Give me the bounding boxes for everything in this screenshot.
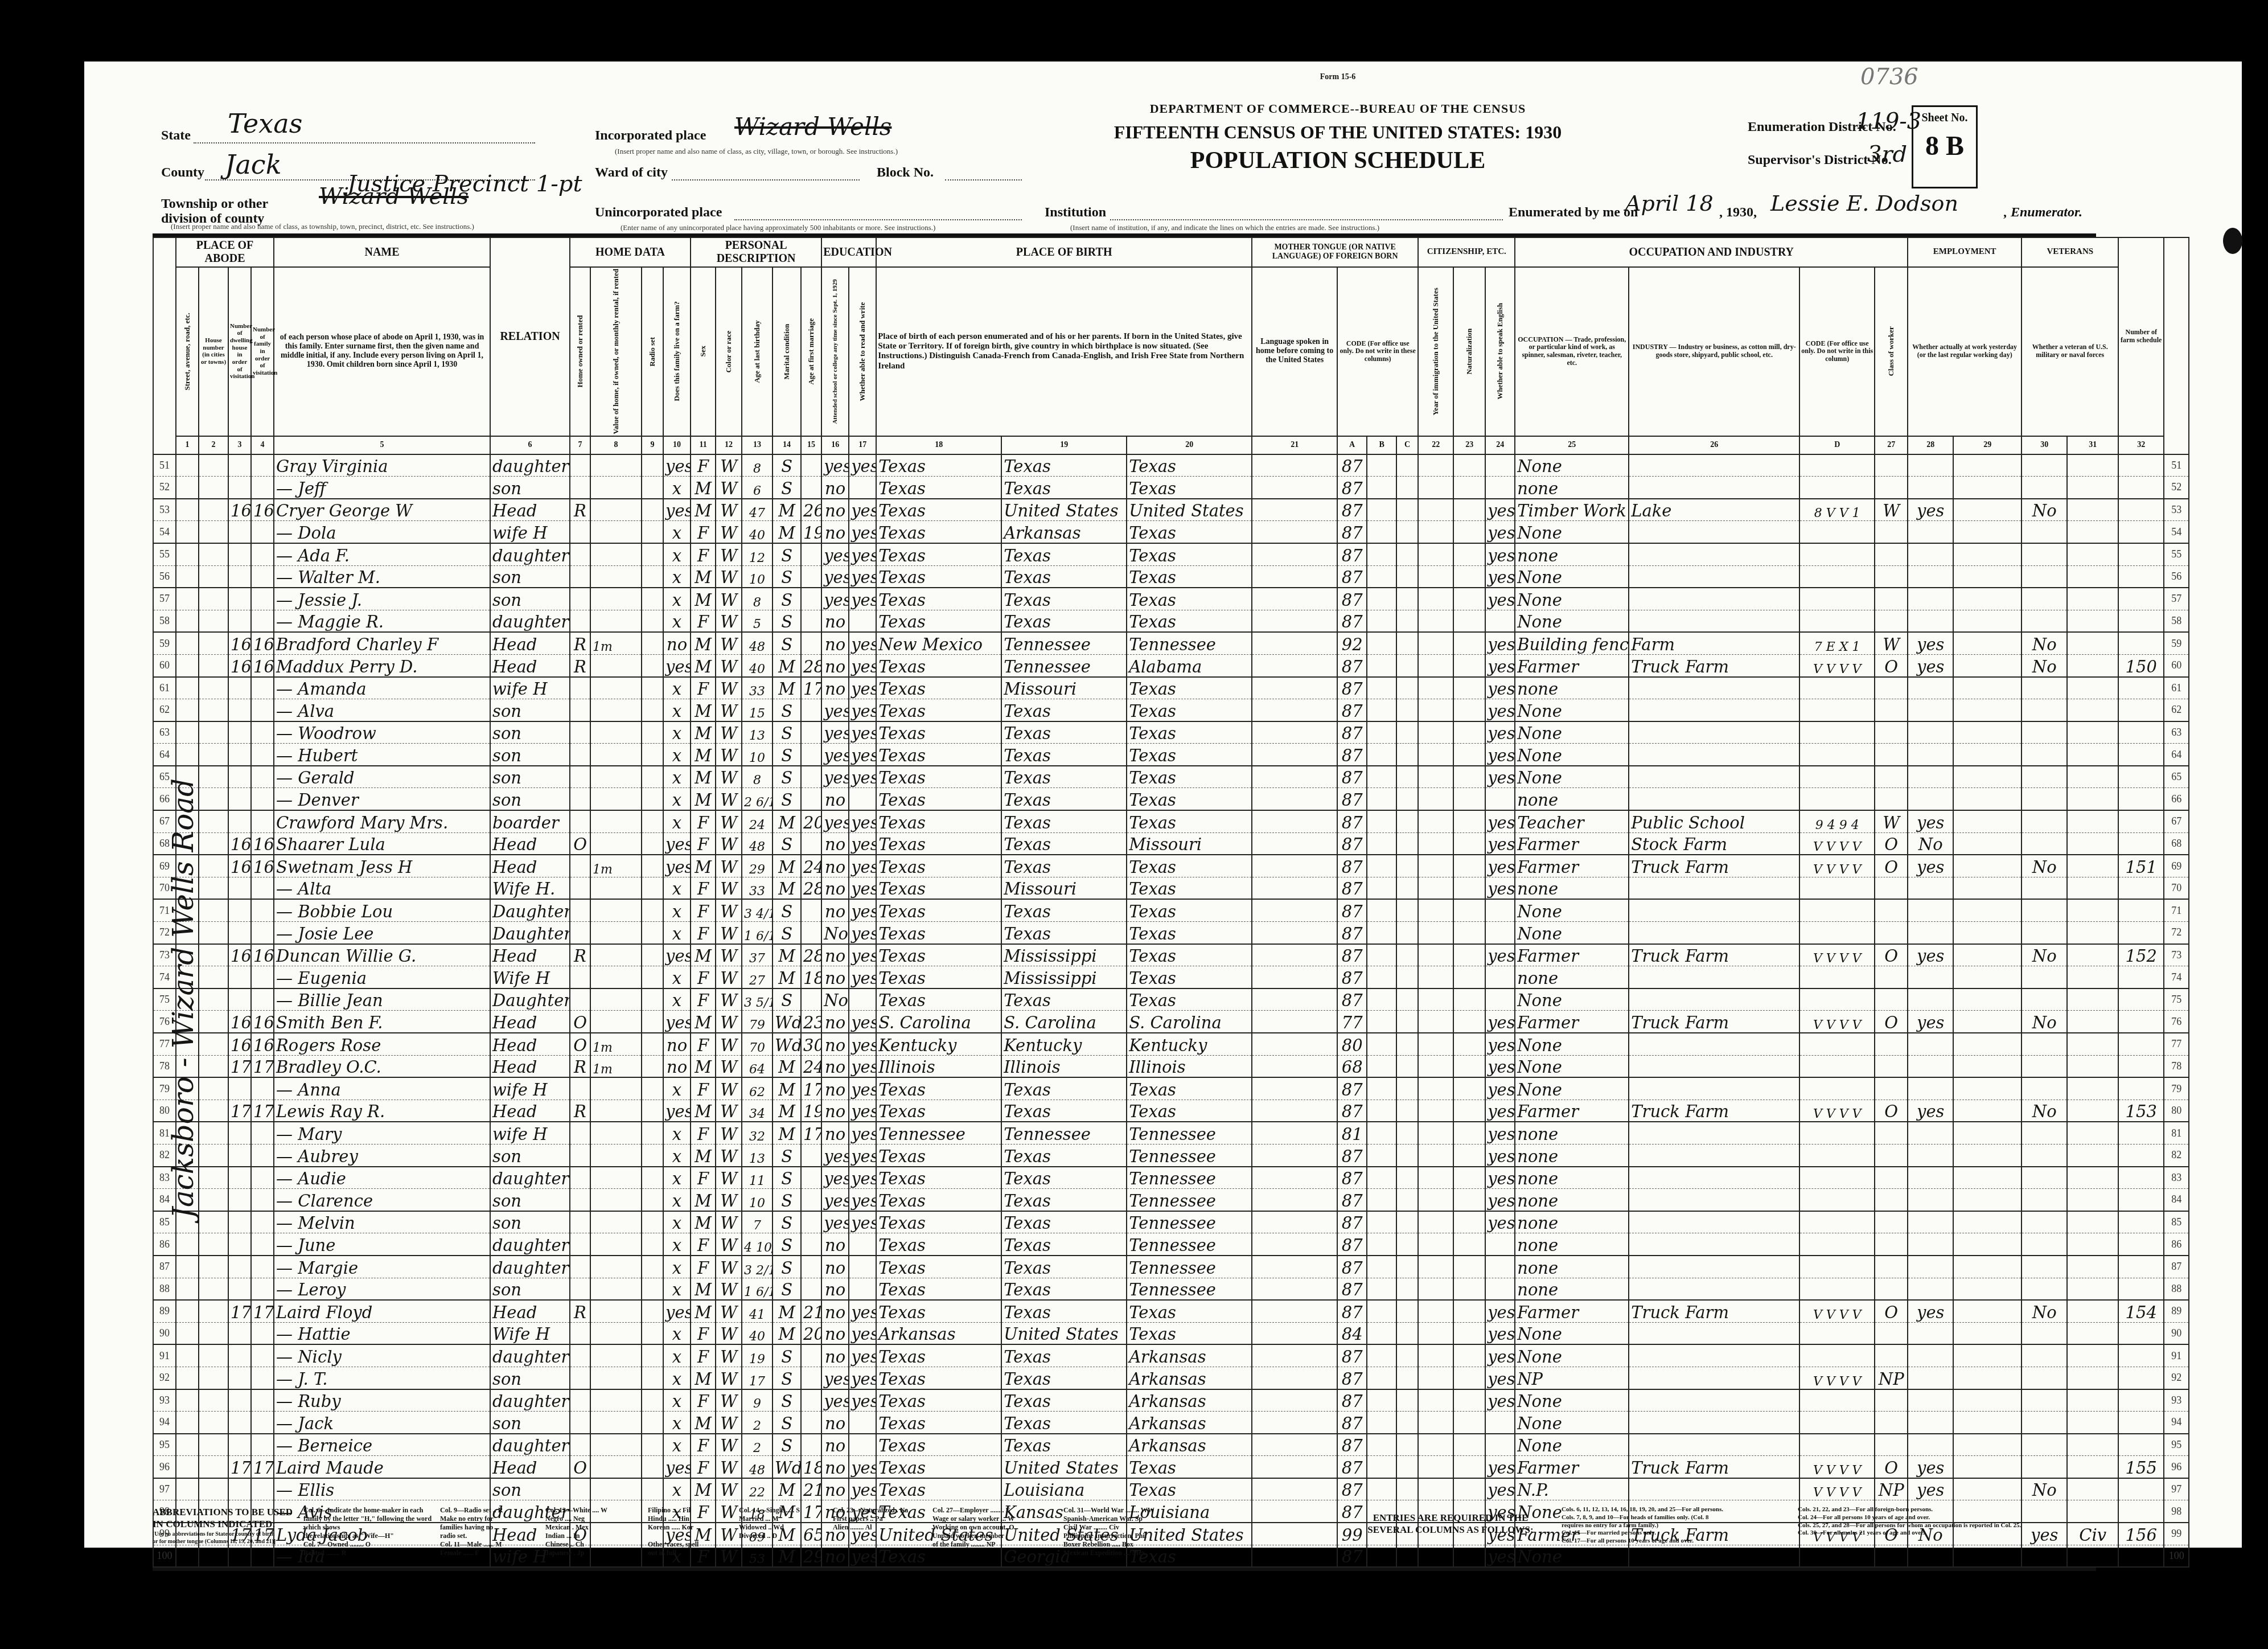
cell-ind <box>1629 543 1799 565</box>
cell-bpm: Texas <box>1127 1478 1252 1500</box>
cell-race: W <box>716 699 742 721</box>
cell-val <box>590 1300 642 1322</box>
cell-farmno <box>2118 766 2164 788</box>
cell-sch: no <box>821 1456 849 1478</box>
cell-ocode <box>1799 1344 1875 1367</box>
cell-sex: M <box>691 1412 716 1434</box>
cell-ocode <box>1799 588 1875 610</box>
cell-dw: 172 <box>228 1300 251 1322</box>
cell-rel: son <box>490 588 570 610</box>
cell-name: Laird Maude <box>274 1456 490 1478</box>
cell-eng: yes <box>1485 565 1515 588</box>
cell-fam <box>251 1233 274 1256</box>
cell-own <box>570 1122 590 1144</box>
line-number: 91 <box>2164 1344 2189 1367</box>
cell-own <box>570 1478 590 1500</box>
cell-ocode <box>1799 477 1875 499</box>
cell-code: 87 <box>1337 610 1367 632</box>
cell-war <box>2067 454 2118 477</box>
cell-name: Gray Virginia <box>274 454 490 477</box>
cell-mar: Wd <box>773 1033 801 1055</box>
cell-bp: Texas <box>876 966 1001 988</box>
cell-name: Duncan Willie G. <box>274 944 490 966</box>
empty-cell <box>1953 721 2022 744</box>
cell-occ: Farmer <box>1515 654 1629 676</box>
empty-cell <box>1418 1322 1453 1344</box>
abbrev-col12b: Filipino ..... Fil Hindu ..... Hin Korea… <box>648 1506 728 1557</box>
empty-cell <box>199 1322 228 1344</box>
cell-sch: no <box>821 1412 849 1434</box>
empty-cell <box>199 1189 228 1211</box>
cell-cls <box>1875 1545 1908 1567</box>
cell-farm: x <box>663 1189 691 1211</box>
cell-farmno <box>2118 699 2164 721</box>
cell-age: 62 <box>742 1077 773 1100</box>
empty-cell <box>199 1300 228 1322</box>
cell-agem <box>801 721 821 744</box>
cell-radio <box>642 1434 663 1456</box>
colnum: 4 <box>251 436 274 454</box>
empty-cell <box>1252 1434 1337 1456</box>
cell-eng: yes <box>1485 1322 1515 1344</box>
empty-cell <box>1953 899 2022 921</box>
cell-ind: Lake <box>1629 499 1799 521</box>
line-number: 66 <box>2164 788 2189 810</box>
cell-rel: daughter <box>490 1167 570 1189</box>
cell-age: 8 <box>742 588 773 610</box>
cell-cls: O <box>1875 1011 1908 1033</box>
cell-rel: son <box>490 699 570 721</box>
table-row: 54— Dolawife HxFW40M19noyesTexasArkansas… <box>153 521 2189 543</box>
cell-mar: M <box>773 1077 801 1100</box>
cell-fam: 167 <box>251 944 274 966</box>
cell-ind <box>1629 721 1799 744</box>
cell-vet <box>2022 477 2067 499</box>
cell-mar: S <box>773 1278 801 1300</box>
cell-code: 80 <box>1337 1033 1367 1055</box>
cell-ocode <box>1799 565 1875 588</box>
line-number: 68 <box>2164 832 2189 855</box>
cell-emp <box>1908 988 1953 1011</box>
sheet-label: Sheet No. <box>1913 112 1976 125</box>
cell-rw: yes <box>849 543 876 565</box>
cell-mar: S <box>773 454 801 477</box>
empty-cell <box>1418 1478 1453 1500</box>
cell-vet <box>2022 1189 2067 1211</box>
cell-ind <box>1629 1233 1799 1256</box>
cell-bpf: Texas <box>1001 899 1127 921</box>
cell-rel: son <box>490 1189 570 1211</box>
empty-cell <box>1252 744 1337 766</box>
cell-sch: no <box>821 1545 849 1567</box>
cell-rel: son <box>490 744 570 766</box>
cell-radio <box>642 1367 663 1389</box>
colnum: 10 <box>663 436 691 454</box>
cell-ind <box>1629 766 1799 788</box>
empty-cell <box>1418 632 1453 654</box>
enumerator-name: Lessie E. Dodson <box>1770 191 1958 216</box>
cell-eng <box>1485 788 1515 810</box>
cell-occ: None <box>1515 1412 1629 1434</box>
cell-dw <box>228 1545 251 1567</box>
cell-val <box>590 922 642 944</box>
cell-ind <box>1629 1322 1799 1344</box>
cell-eng: yes <box>1485 1367 1515 1389</box>
cell-cls <box>1875 877 1908 899</box>
cell-race: W <box>716 565 742 588</box>
cell-radio <box>642 654 663 676</box>
cell-vet <box>2022 1233 2067 1256</box>
colnum: B <box>1367 436 1396 454</box>
empty-cell <box>1453 588 1485 610</box>
empty-cell <box>1367 521 1396 543</box>
cell-code: 68 <box>1337 1055 1367 1077</box>
cell-sch: yes <box>821 1144 849 1166</box>
empty-cell <box>199 1100 228 1122</box>
line-number: 88 <box>2164 1278 2189 1300</box>
empty-cell <box>1953 1367 2022 1389</box>
empty-cell <box>176 1412 199 1434</box>
empty-cell <box>176 1478 199 1500</box>
cell-mar: S <box>773 922 801 944</box>
cell-bpf: Texas <box>1001 1189 1127 1211</box>
cell-radio <box>642 1189 663 1211</box>
cell-rel: Daughter <box>490 922 570 944</box>
empty-cell <box>176 1545 199 1567</box>
empty-cell <box>1252 944 1337 966</box>
cell-occ: Farmer <box>1515 1300 1629 1322</box>
cell-farmno <box>2118 721 2164 744</box>
empty-cell <box>199 966 228 988</box>
cell-emp <box>1908 588 1953 610</box>
cell-sex: F <box>691 1456 716 1478</box>
cell-war <box>2067 877 2118 899</box>
cell-vet <box>2022 1456 2067 1478</box>
line-number: 53 <box>2164 499 2189 521</box>
cell-own <box>570 988 590 1011</box>
cell-eng <box>1485 454 1515 477</box>
cell-rel: Head <box>490 632 570 654</box>
empty-cell <box>199 477 228 499</box>
cell-mar: M <box>773 944 801 966</box>
empty-cell <box>1367 1100 1396 1122</box>
empty-cell <box>1953 966 2022 988</box>
cell-ind <box>1629 565 1799 588</box>
empty-cell <box>199 1434 228 1456</box>
cell-bp: Texas <box>876 1456 1001 1478</box>
cell-sch: yes <box>821 810 849 832</box>
ward-label: Ward of city <box>595 165 668 181</box>
cell-radio <box>642 521 663 543</box>
cell-bp: Texas <box>876 1478 1001 1500</box>
cell-name: — Melvin <box>274 1211 490 1233</box>
cell-sex: M <box>691 1055 716 1077</box>
cell-farm: x <box>663 1412 691 1434</box>
empty-cell <box>176 543 199 565</box>
cell-name: — Ellis <box>274 1478 490 1500</box>
table-row: 62— AlvasonxMW15SyesyesTexasTexasTexas87… <box>153 699 2189 721</box>
cell-bp: Texas <box>876 855 1001 877</box>
cell-bpf: Texas <box>1001 1100 1127 1122</box>
cell-val <box>590 543 642 565</box>
cell-agem <box>801 1389 821 1412</box>
cell-ocode <box>1799 1389 1875 1412</box>
cell-cls <box>1875 1389 1908 1412</box>
empty-cell <box>1367 1167 1396 1189</box>
empty-cell <box>1367 988 1396 1011</box>
cell-age: 3 2/12 <box>742 1256 773 1278</box>
cell-rel: daughter <box>490 1344 570 1367</box>
cell-radio <box>642 1478 663 1500</box>
cell-war <box>2067 1367 2118 1389</box>
cell-age: 2 <box>742 1412 773 1434</box>
cell-ocode <box>1799 677 1875 699</box>
cell-rw: yes <box>849 1011 876 1033</box>
empty-cell <box>176 521 199 543</box>
enumerated-label: Enumerated by me on <box>1509 205 1638 220</box>
cell-ind <box>1629 699 1799 721</box>
line-number: 80 <box>2164 1100 2189 1122</box>
cell-farm: x <box>663 1478 691 1500</box>
cell-occ: None <box>1515 766 1629 788</box>
line-number: 96 <box>153 1456 176 1478</box>
empty-cell <box>1252 477 1337 499</box>
empty-cell <box>1418 744 1453 766</box>
cell-vet <box>2022 966 2067 988</box>
empty-cell <box>1953 766 2022 788</box>
cell-fam <box>251 1077 274 1100</box>
cell-code: 87 <box>1337 1412 1367 1434</box>
empty-cell <box>1418 1055 1453 1077</box>
cell-code: 87 <box>1337 677 1367 699</box>
cell-farmno <box>2118 966 2164 988</box>
cell-rel: son <box>490 1478 570 1500</box>
cell-fam <box>251 1122 274 1144</box>
margin-road-text: Jacksboro - Wizard Wells Road <box>167 778 200 1219</box>
empty-cell <box>1252 877 1337 899</box>
cell-sch: yes <box>821 543 849 565</box>
cell-eng: yes <box>1485 1055 1515 1077</box>
cell-vet <box>2022 788 2067 810</box>
cell-war <box>2067 1233 2118 1256</box>
cell-race: W <box>716 1100 742 1122</box>
cell-rw: yes <box>849 1545 876 1567</box>
cell-code: 87 <box>1337 899 1367 921</box>
cell-val <box>590 1011 642 1033</box>
header-c21: Language spoken in home before coming to… <box>1252 267 1337 436</box>
incorporated-value: Wizard Wells <box>734 113 891 141</box>
cell-farmno: 155 <box>2118 1456 2164 1478</box>
empty-cell <box>1252 632 1337 654</box>
empty-cell <box>1418 1300 1453 1322</box>
cell-dw <box>228 1211 251 1233</box>
cell-agem: 17 <box>801 677 821 699</box>
cell-own <box>570 677 590 699</box>
empty-cell <box>1252 1456 1337 1478</box>
empty-cell <box>199 1077 228 1100</box>
cell-bp: Texas <box>876 877 1001 899</box>
empty-cell <box>1453 1077 1485 1100</box>
cell-farmno <box>2118 1189 2164 1211</box>
cell-ind <box>1629 1389 1799 1412</box>
cell-ocode <box>1799 988 1875 1011</box>
empty-cell <box>1367 543 1396 565</box>
schedule-title: POPULATION SCHEDULE <box>1082 147 1594 174</box>
cell-rw: yes <box>849 1389 876 1412</box>
cell-sex: M <box>691 565 716 588</box>
cell-age: 48 <box>742 1456 773 1478</box>
cell-dw <box>228 788 251 810</box>
line-number: 93 <box>2164 1389 2189 1412</box>
cell-rel: son <box>490 565 570 588</box>
cell-emp <box>1908 899 1953 921</box>
cell-occ: None <box>1515 744 1629 766</box>
empty-cell <box>1252 966 1337 988</box>
empty-cell <box>1252 1144 1337 1166</box>
cell-mar: S <box>773 1434 801 1456</box>
cell-farm: x <box>663 699 691 721</box>
colnum: 20 <box>1127 436 1252 454</box>
empty-cell <box>1396 744 1418 766</box>
cell-radio <box>642 1456 663 1478</box>
cell-radio <box>642 565 663 588</box>
cell-race: W <box>716 944 742 966</box>
cell-val <box>590 1167 642 1189</box>
cell-dw <box>228 1278 251 1300</box>
empty-cell <box>1252 677 1337 699</box>
cell-ind: Truck Farm <box>1629 1300 1799 1322</box>
empty-cell <box>1418 699 1453 721</box>
cell-rel: daughter <box>490 454 570 477</box>
empty-cell <box>176 565 199 588</box>
cell-ind: Truck Farm <box>1629 1456 1799 1478</box>
empty-cell <box>1367 1233 1396 1256</box>
empty-cell <box>1953 1256 2022 1278</box>
cell-occ: None <box>1515 699 1629 721</box>
cell-agem <box>801 1167 821 1189</box>
cell-bpf: S. Carolina <box>1001 1011 1127 1033</box>
cell-farmno <box>2118 454 2164 477</box>
cell-bpm: Illinois <box>1127 1055 1252 1077</box>
empty-cell <box>1453 543 1485 565</box>
cell-bpf: Texas <box>1001 610 1127 632</box>
cell-age: 8 <box>742 766 773 788</box>
cell-fam <box>251 1256 274 1278</box>
colnum: 5 <box>274 436 490 454</box>
cell-emp <box>1908 477 1953 499</box>
cell-war <box>2067 1545 2118 1567</box>
cell-cls: O <box>1875 1456 1908 1478</box>
cell-ocode <box>1799 899 1875 921</box>
table-row: 66— DenversonxMW2 6/12SnoTexasTexasTexas… <box>153 788 2189 810</box>
cell-cls <box>1875 1167 1908 1189</box>
empty-cell <box>1453 1189 1485 1211</box>
cell-dw <box>228 744 251 766</box>
cell-fam <box>251 1545 274 1567</box>
cell-farmno <box>2118 1033 2164 1055</box>
cell-occ: none <box>1515 677 1629 699</box>
cell-rel: son <box>490 1412 570 1434</box>
cell-farm: no <box>663 1033 691 1055</box>
cell-eng: yes <box>1485 944 1515 966</box>
table-row: 81— Marywife HxFW32M17noyesTennesseeTenn… <box>153 1122 2189 1144</box>
cell-agem <box>801 610 821 632</box>
cell-fam <box>251 1167 274 1189</box>
cell-dw <box>228 810 251 832</box>
cell-age: 40 <box>742 1322 773 1344</box>
cell-sex: M <box>691 766 716 788</box>
empty-cell <box>1367 565 1396 588</box>
cell-radio <box>642 899 663 921</box>
cell-radio <box>642 1122 663 1144</box>
empty-cell <box>1367 1033 1396 1055</box>
cell-bpm: Texas <box>1127 988 1252 1011</box>
header-c32: Number of farm schedule <box>2118 237 2164 436</box>
cell-radio <box>642 766 663 788</box>
cell-farmno <box>2118 1167 2164 1189</box>
empty-cell <box>1953 677 2022 699</box>
cell-rel: son <box>490 766 570 788</box>
cell-vet <box>2022 1256 2067 1278</box>
empty-cell <box>199 810 228 832</box>
empty-cell <box>1252 1100 1337 1122</box>
cell-age: 3 4/12 <box>742 899 773 921</box>
cell-bp: S. Carolina <box>876 1011 1001 1033</box>
cell-vet <box>2022 1167 2067 1189</box>
cell-own: O <box>570 1456 590 1478</box>
cell-mar: S <box>773 1189 801 1211</box>
header-c8: Value of home, if owned, or monthly rent… <box>590 267 642 436</box>
cell-occ: NP <box>1515 1367 1629 1389</box>
cell-cls: NP <box>1875 1478 1908 1500</box>
cell-ind <box>1629 454 1799 477</box>
empty-cell <box>1418 877 1453 899</box>
cell-age: 37 <box>742 944 773 966</box>
cell-ind <box>1629 1278 1799 1300</box>
cell-eng: yes <box>1485 1211 1515 1233</box>
colnum: 27 <box>1875 436 1908 454</box>
group-education: EDUCATION <box>821 237 876 267</box>
cell-rw: yes <box>849 1322 876 1344</box>
cell-bpf: Texas <box>1001 543 1127 565</box>
line-number: 87 <box>2164 1256 2189 1278</box>
cell-sch: no <box>821 788 849 810</box>
cell-sex: F <box>691 1322 716 1344</box>
cell-farm: yes <box>663 944 691 966</box>
cell-agem: 20 <box>801 1322 821 1344</box>
empty-cell <box>1396 721 1418 744</box>
cell-cls <box>1875 1434 1908 1456</box>
cell-code: 87 <box>1337 1167 1367 1189</box>
group-personal-description: PERSONAL DESCRIPTION <box>691 237 821 267</box>
cell-radio <box>642 744 663 766</box>
cell-name: — Mary <box>274 1122 490 1144</box>
cell-rw: yes <box>849 1055 876 1077</box>
cell-code: 92 <box>1337 632 1367 654</box>
cell-code: 87 <box>1337 855 1367 877</box>
cell-sch: no <box>821 1100 849 1122</box>
cell-bpm: Texas <box>1127 1077 1252 1100</box>
cell-farmno <box>2118 1545 2164 1567</box>
cell-fam <box>251 744 274 766</box>
cell-war <box>2067 1122 2118 1144</box>
empty-cell <box>1252 543 1337 565</box>
empty-cell <box>1953 499 2022 521</box>
cell-war <box>2067 988 2118 1011</box>
cell-farmno <box>2118 1278 2164 1300</box>
cell-eng: yes <box>1485 855 1515 877</box>
cell-bp: Texas <box>876 1434 1001 1456</box>
